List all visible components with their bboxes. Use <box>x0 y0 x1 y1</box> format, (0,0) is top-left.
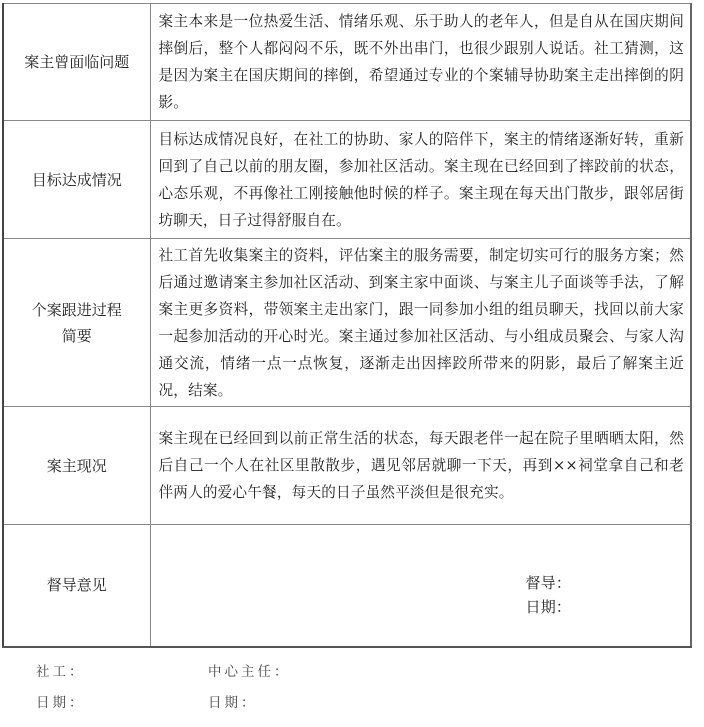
table-row-supervision: 督导意见 督导： 日期： <box>3 525 691 647</box>
supervision-opinion-field[interactable]: 督导： 日期： <box>150 525 691 647</box>
row-content: 目标达成情况良好，在社工的协助、家人的陪伴下，案主的情绪逐渐好转，重新回到了自己… <box>150 121 691 239</box>
row-label: 案主现况 <box>3 407 150 525</box>
row-content: 社工首先收集案主的资料，评估案主的服务需要，制定切实可行的服务方案；然后通过邀请… <box>150 239 691 407</box>
signature-footer: 社工： 中心主任： 日期： 日期： <box>36 660 436 722</box>
center-director-date-label: 日期： <box>208 691 258 711</box>
footer-row-dates: 日期： 日期： <box>36 691 436 722</box>
table-row-case-process: 个案跟进过程 简要 社工首先收集案主的资料，评估案主的服务需要，制定切实可行的服… <box>3 239 691 407</box>
table-row-current-status: 案主现况 案主现在已经回到以前正常生活的状态，每天跟老伴一起在院子里晒晒太阳，然… <box>3 407 691 525</box>
row-label-line-2: 简要 <box>4 323 150 349</box>
row-label: 个案跟进过程 简要 <box>3 239 150 407</box>
row-label: 目标达成情况 <box>3 121 150 239</box>
row-label: 督导意见 <box>3 525 150 647</box>
center-director-label: 中心主任： <box>208 660 291 680</box>
table-row-goal-achievement: 目标达成情况 目标达成情况良好，在社工的协助、家人的陪伴下，案主的情绪逐渐好转，… <box>3 121 691 239</box>
table-row-problem: 案主曾面临问题 案主本来是一位热爱生活、情绪乐观、乐于助人的老年人，但是自从在国… <box>3 4 691 121</box>
social-worker-date-label: 日期： <box>36 691 86 711</box>
row-content: 案主现在已经回到以前正常生活的状态，每天跟老伴一起在院子里晒晒太阳，然后自己一个… <box>150 407 691 525</box>
social-worker-label: 社工： <box>36 660 86 680</box>
row-content: 案主本来是一位热爱生活、情绪乐观、乐于助人的老年人，但是自从在国庆期间摔倒后，整… <box>150 4 691 121</box>
row-label-line-1: 个案跟进过程 <box>4 297 150 323</box>
row-label: 案主曾面临问题 <box>3 4 150 121</box>
supervisor-date-label: 日期： <box>526 595 572 619</box>
supervisor-sign-block: 督导： 日期： <box>526 571 572 619</box>
supervisor-label: 督导： <box>526 571 572 595</box>
case-record-table: 案主曾面临问题 案主本来是一位热爱生活、情绪乐观、乐于助人的老年人，但是自从在国… <box>2 3 692 648</box>
footer-row-names: 社工： 中心主任： <box>36 660 436 691</box>
